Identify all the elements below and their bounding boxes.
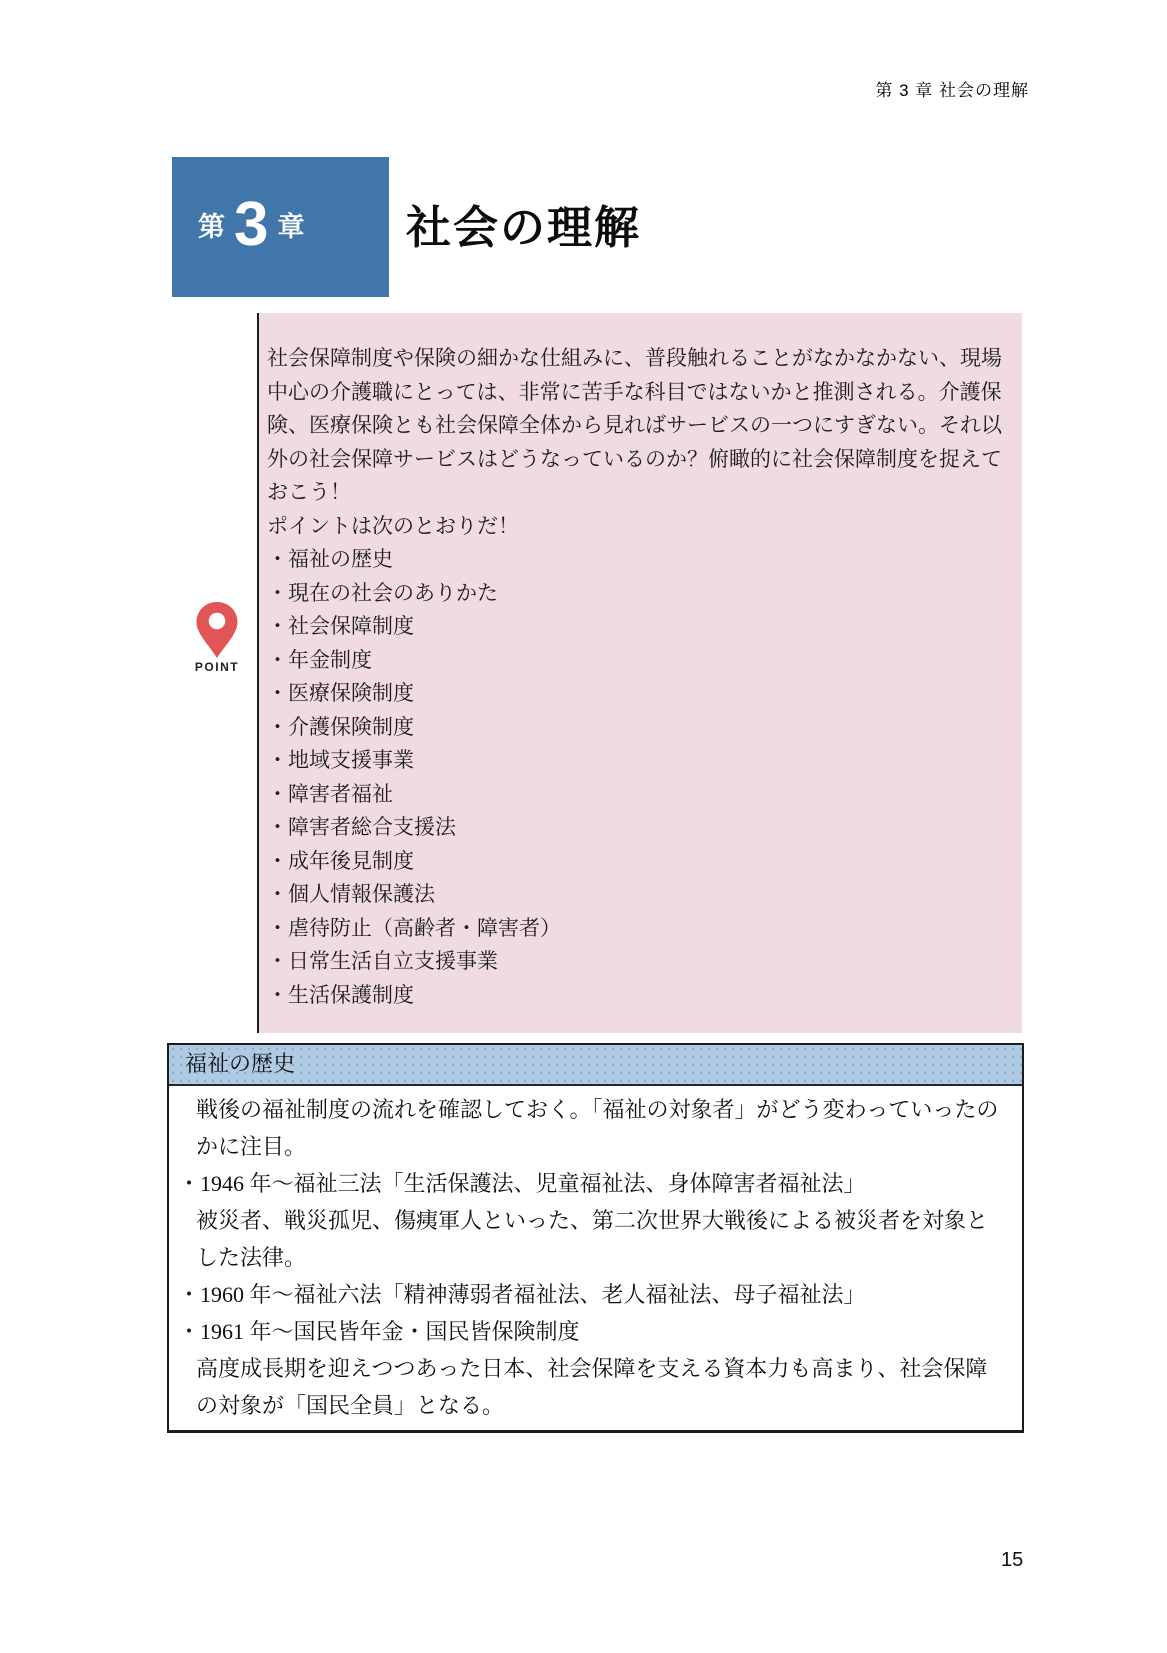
section-bullet: ・1960 年～福祉六法「精神薄弱者福祉法、老人福祉法、母子福祉法」 xyxy=(178,1276,1012,1313)
section-welfare-history: 福祉の歴史 戦後の福祉制度の流れを確認しておく。「福祉の対象者」がどう変わってい… xyxy=(167,1043,1024,1433)
section-paragraph: 被災者、戦災孤児、傷痍軍人といった、第二次世界大戦後による被災者を対象とした法律… xyxy=(196,1202,999,1276)
point-bullet: ・障害者福祉 xyxy=(267,778,1010,812)
point-bullet: ・日常生活自立支援事業 xyxy=(267,945,1010,979)
point-label: POINT xyxy=(188,660,246,674)
point-bullet: ・虐待防止（高齢者・障害者） xyxy=(267,912,1010,946)
point-bullet: ・生活保護制度 xyxy=(267,979,1010,1013)
point-box: 社会保障制度や保険の細かな仕組みに、普段触れることがなかなかない、現場中心の介護… xyxy=(257,313,1022,1033)
point-marker: POINT xyxy=(188,601,246,674)
point-bullet: ・社会保障制度 xyxy=(267,610,1010,644)
point-bullet: ・医療保険制度 xyxy=(267,677,1010,711)
section-bullet: ・1961 年～国民皆年金・国民皆保険制度 xyxy=(178,1313,1012,1350)
point-intro: 社会保障制度や保険の細かな仕組みに、普段触れることがなかなかない、現場中心の介護… xyxy=(267,342,1010,510)
chapter-number-box: 第 3 章 xyxy=(172,157,389,297)
section-paragraph: 高度成長期を迎えつつあった日本、社会保障を支える資本力も高まり、社会保障の対象が… xyxy=(196,1350,999,1424)
point-bullet: ・個人情報保護法 xyxy=(267,878,1010,912)
point-lead: ポイントは次のとおりだ！ xyxy=(267,510,1010,544)
chapter-prefix: 第 xyxy=(198,214,225,241)
page-number: 15 xyxy=(1001,1549,1023,1572)
chapter-title: 社会の理解 xyxy=(406,205,641,250)
point-bullet: ・年金制度 xyxy=(267,644,1010,678)
point-bullet: ・現在の社会のありかた xyxy=(267,577,1010,611)
section-heading: 福祉の歴史 xyxy=(169,1045,1022,1086)
point-bullet: ・地域支援事業 xyxy=(267,744,1010,778)
point-bullet: ・成年後見制度 xyxy=(267,845,1010,879)
chapter-suffix: 章 xyxy=(277,214,304,241)
point-bullet: ・障害者総合支援法 xyxy=(267,811,1010,845)
section-bullet: ・1946 年～福祉三法「生活保護法、児童福祉法、身体障害者福祉法」 xyxy=(178,1165,1012,1202)
map-pin-icon xyxy=(194,601,240,659)
chapter-number: 3 xyxy=(234,194,268,256)
point-bullet: ・福祉の歴史 xyxy=(267,543,1010,577)
section-paragraph: 戦後の福祉制度の流れを確認しておく。「福祉の対象者」がどう変わっていったのかに注… xyxy=(196,1091,999,1165)
point-bullet: ・介護保険制度 xyxy=(267,711,1010,745)
running-header: 第 3 章 社会の理解 xyxy=(875,76,1029,101)
section-body: 戦後の福祉制度の流れを確認しておく。「福祉の対象者」がどう変わっていったのかに注… xyxy=(169,1086,1022,1430)
